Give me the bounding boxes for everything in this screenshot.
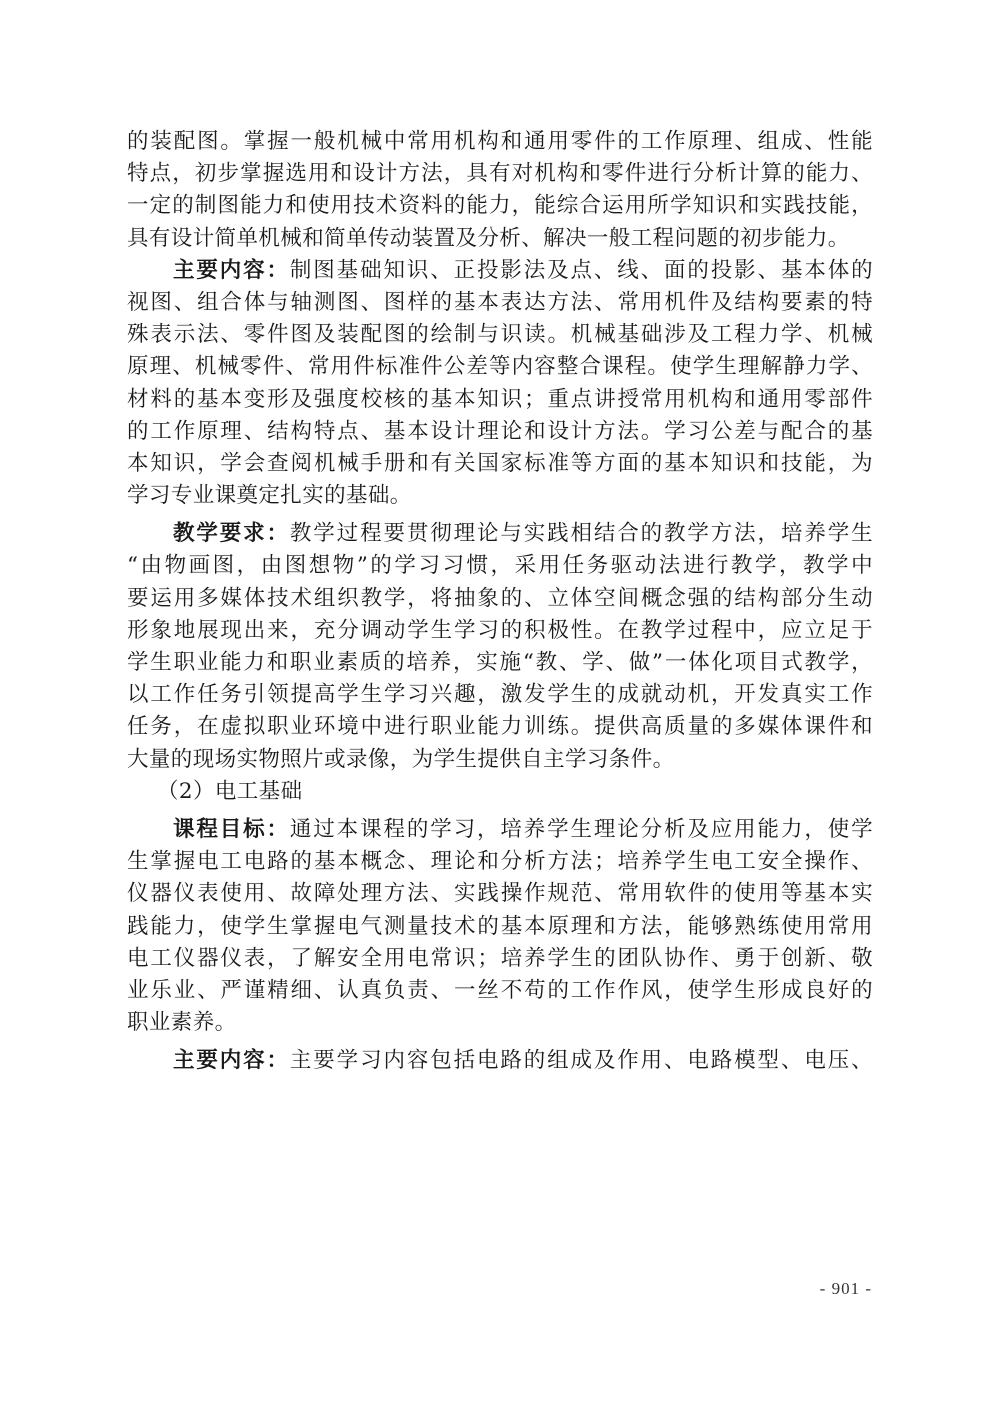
text-line: 的工作原理、结构特点、基本设计理论和设计方法。学习公差与配合的基 xyxy=(127,416,873,448)
page-number: - 901 - xyxy=(820,1279,872,1299)
text-line: 仪器仪表使用、故障处理方法、实践操作规范、常用软件的使用等基本实 xyxy=(127,878,873,910)
text-line: 殊表示法、零件图及装配图的绘制与识读。机械基础涉及工程力学、机械 xyxy=(127,319,873,351)
text-run: 通过本课程的学习，培养学生理论分析及应用能力，使学 xyxy=(290,817,873,842)
text-line: 形象地展现出来，充分调动学生学习的积极性。在教学过程中，应立足于 xyxy=(127,615,873,647)
section-label: 主要内容： xyxy=(173,258,290,283)
text-line: 主要内容：制图基础知识、正投影法及点、线、面的投影、基本体的 xyxy=(127,255,873,287)
text-run: 教学过程要贯彻理论与实践相结合的教学方法，培养学生 xyxy=(290,521,873,546)
text-line: 本知识，学会查阅机械手册和有关国家标准等方面的基本知识和技能，为 xyxy=(127,448,873,480)
text-line: 视图、组合体与轴测图、图样的基本表达方法、常用机件及结构要素的特 xyxy=(127,287,873,319)
text-line: 学习专业课奠定扎实的基础。 xyxy=(127,480,873,512)
text-line: 以工作任务引领提高学生学习兴趣，激发学生的成就动机，开发真实工作 xyxy=(127,679,873,711)
text-line: 任务，在虚拟职业环境中进行职业能力训练。提供高质量的多媒体课件和 xyxy=(127,711,873,743)
text-line: 材料的基本变形及强度校核的基本知识；重点讲授常用机构和通用零部件 xyxy=(127,384,873,416)
text-line: 课程目标：通过本课程的学习，培养学生理论分析及应用能力，使学 xyxy=(127,814,873,846)
text-line: 原理、机械零件、常用件标准件公差等内容整合课程。使学生理解静力学、 xyxy=(127,351,873,383)
text-line: 具有设计简单机械和简单传动装置及分析、解决一般工程问题的初步能力。 xyxy=(127,223,873,255)
text-line: 生掌握电工电路的基本概念、理论和分析方法；培养学生电工安全操作、 xyxy=(127,846,873,878)
document-page: 的装配图。掌握一般机械中常用机构和通用零件的工作原理、组成、性能 特点，初步掌握… xyxy=(127,126,873,1077)
paragraph-mechanical-drawing-goal-continuation: 的装配图。掌握一般机械中常用机构和通用零件的工作原理、组成、性能 特点，初步掌握… xyxy=(127,126,873,255)
text-line: “由物画图，由图想物”的学习习惯，采用任务驱动法进行教学，教学中 xyxy=(127,550,873,582)
text-line: 的装配图。掌握一般机械中常用机构和通用零件的工作原理、组成、性能 xyxy=(127,126,873,158)
text-line: 业乐业、严谨精细、认真负责、一丝不苟的工作作风，使学生形成良好的 xyxy=(127,975,873,1007)
text-line: 学生职业能力和职业素质的培养，实施“教、学、做”一体化项目式教学， xyxy=(127,647,873,679)
text-line: 一定的制图能力和使用技术资料的能力，能综合运用所学知识和实践技能， xyxy=(127,190,873,222)
section-label: 课程目标： xyxy=(173,817,290,842)
text-line: 教学要求：教学过程要贯彻理论与实践相结合的教学方法，培养学生 xyxy=(127,518,873,550)
paragraph-teaching-requirements: 教学要求：教学过程要贯彻理论与实践相结合的教学方法，培养学生 “由物画图，由图想… xyxy=(127,518,873,776)
section-label: 教学要求： xyxy=(173,521,290,546)
paragraph-course-objectives: 课程目标：通过本课程的学习，培养学生理论分析及应用能力，使学 生掌握电工电路的基… xyxy=(127,814,873,1039)
section-label: 主要内容： xyxy=(173,1048,290,1073)
text-line: 电工仪器仪表，了解安全用电常识；培养学生的团队协作、勇于创新、敬 xyxy=(127,943,873,975)
paragraph-main-content-mechanical: 主要内容：制图基础知识、正投影法及点、线、面的投影、基本体的 视图、组合体与轴测… xyxy=(127,255,873,513)
paragraph-main-content-electrical: 主要内容：主要学习内容包括电路的组成及作用、电路模型、电压、 xyxy=(127,1045,873,1077)
text-line: 主要内容：主要学习内容包括电路的组成及作用、电路模型、电压、 xyxy=(127,1045,873,1077)
text-line: 特点，初步掌握选用和设计方法，具有对机构和零件进行分析计算的能力、 xyxy=(127,158,873,190)
text-line: 要运用多媒体技术组织教学，将抽象的、立体空间概念强的结构部分生动 xyxy=(127,583,873,615)
text-run: 制图基础知识、正投影法及点、线、面的投影、基本体的 xyxy=(290,258,873,283)
text-line: 践能力，使学生掌握电气测量技术的基本原理和方法，能够熟练使用常用 xyxy=(127,911,873,943)
text-line: 职业素养。 xyxy=(127,1007,873,1039)
text-run: 主要学习内容包括电路的组成及作用、电路模型、电压、 xyxy=(290,1048,873,1073)
section-heading-electrical-basics: （2）电工基础 xyxy=(127,776,873,808)
text-line: 大量的现场实物照片或录像，为学生提供自主学习条件。 xyxy=(127,744,873,776)
